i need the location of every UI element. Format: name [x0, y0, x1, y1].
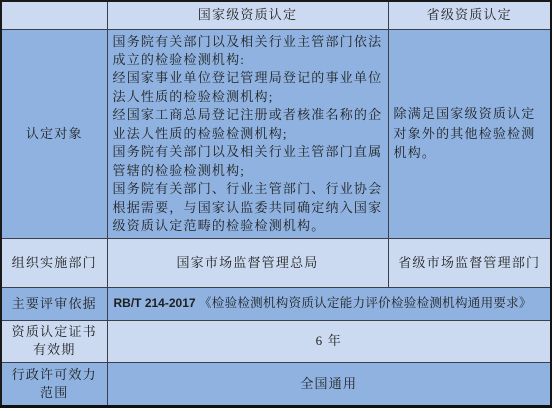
- row-label-license-scope: 行政许可效力范围: [1, 362, 107, 406]
- cell-national-objects: 国务院有关部门以及相关行业主管部门依法成立的检验检测机构: 经国家事业单位登记管…: [107, 29, 388, 238]
- national-object-item: 国务院有关部门、行业主管部门、行业协会根据需要，与国家认监委共同确定纳入国家级资…: [113, 180, 384, 235]
- row-license-scope: 行政许可效力范围 全国通用: [1, 362, 551, 406]
- row-label-certification-objects: 认定对象: [1, 29, 107, 238]
- national-object-item: 国务院有关部门以及相关行业主管部门直属管辖的检验检测机构;: [113, 143, 384, 180]
- national-object-item: 经国家事业单位登记管理局登记的事业单位法人性质的检验检测机构;: [113, 69, 384, 106]
- row-label-certificate-validity: 资质认定证书有效期: [1, 320, 107, 362]
- cell-review-basis: RB/T 214-2017 《检验检测机构资质认定能力评价检验检测机构通用要求》: [107, 287, 551, 320]
- row-implementing-department: 组织实施部门 国家市场监督管理总局 省级市场监督管理部门: [1, 238, 551, 287]
- row-certification-objects: 认定对象 国务院有关部门以及相关行业主管部门依法成立的检验检测机构: 经国家事业…: [1, 29, 551, 238]
- cell-provincial-objects: 除满足国家级资质认定对象外的其他检验检测机构。: [388, 29, 551, 238]
- header-blank-cell: [1, 1, 107, 29]
- row-certificate-validity: 资质认定证书有效期 6 年: [1, 320, 551, 362]
- standard-title: 《检验检测机构资质认定能力评价检验检测机构通用要求》: [199, 296, 532, 310]
- cell-scope-value: 全国通用: [107, 362, 551, 406]
- header-national-level: 国家级资质认定: [107, 1, 388, 29]
- row-label-implementing-department: 组织实施部门: [1, 238, 107, 287]
- row-review-basis: 主要评审依据 RB/T 214-2017 《检验检测机构资质认定能力评价检验检测…: [1, 287, 551, 320]
- header-provincial-level: 省级资质认定: [388, 1, 551, 29]
- document-page: 国家级资质认定 省级资质认定 认定对象 国务院有关部门以及相关行业主管部门依法成…: [0, 0, 554, 411]
- cell-national-department: 国家市场监督管理总局: [107, 238, 388, 287]
- row-label-review-basis: 主要评审依据: [1, 287, 107, 320]
- cell-validity-value: 6 年: [107, 320, 551, 362]
- national-object-item: 经国家工商总局登记注册或者核准名称的企业法人性质的检验检测机构;: [113, 106, 384, 143]
- qualification-comparison-table: 国家级资质认定 省级资质认定 认定对象 国务院有关部门以及相关行业主管部门依法成…: [0, 0, 552, 408]
- table-header-row: 国家级资质认定 省级资质认定: [1, 1, 551, 29]
- standard-code: RB/T 214-2017: [114, 296, 196, 310]
- cell-provincial-department: 省级市场监督管理部门: [388, 238, 551, 287]
- national-object-item: 国务院有关部门以及相关行业主管部门依法成立的检验检测机构:: [113, 33, 384, 70]
